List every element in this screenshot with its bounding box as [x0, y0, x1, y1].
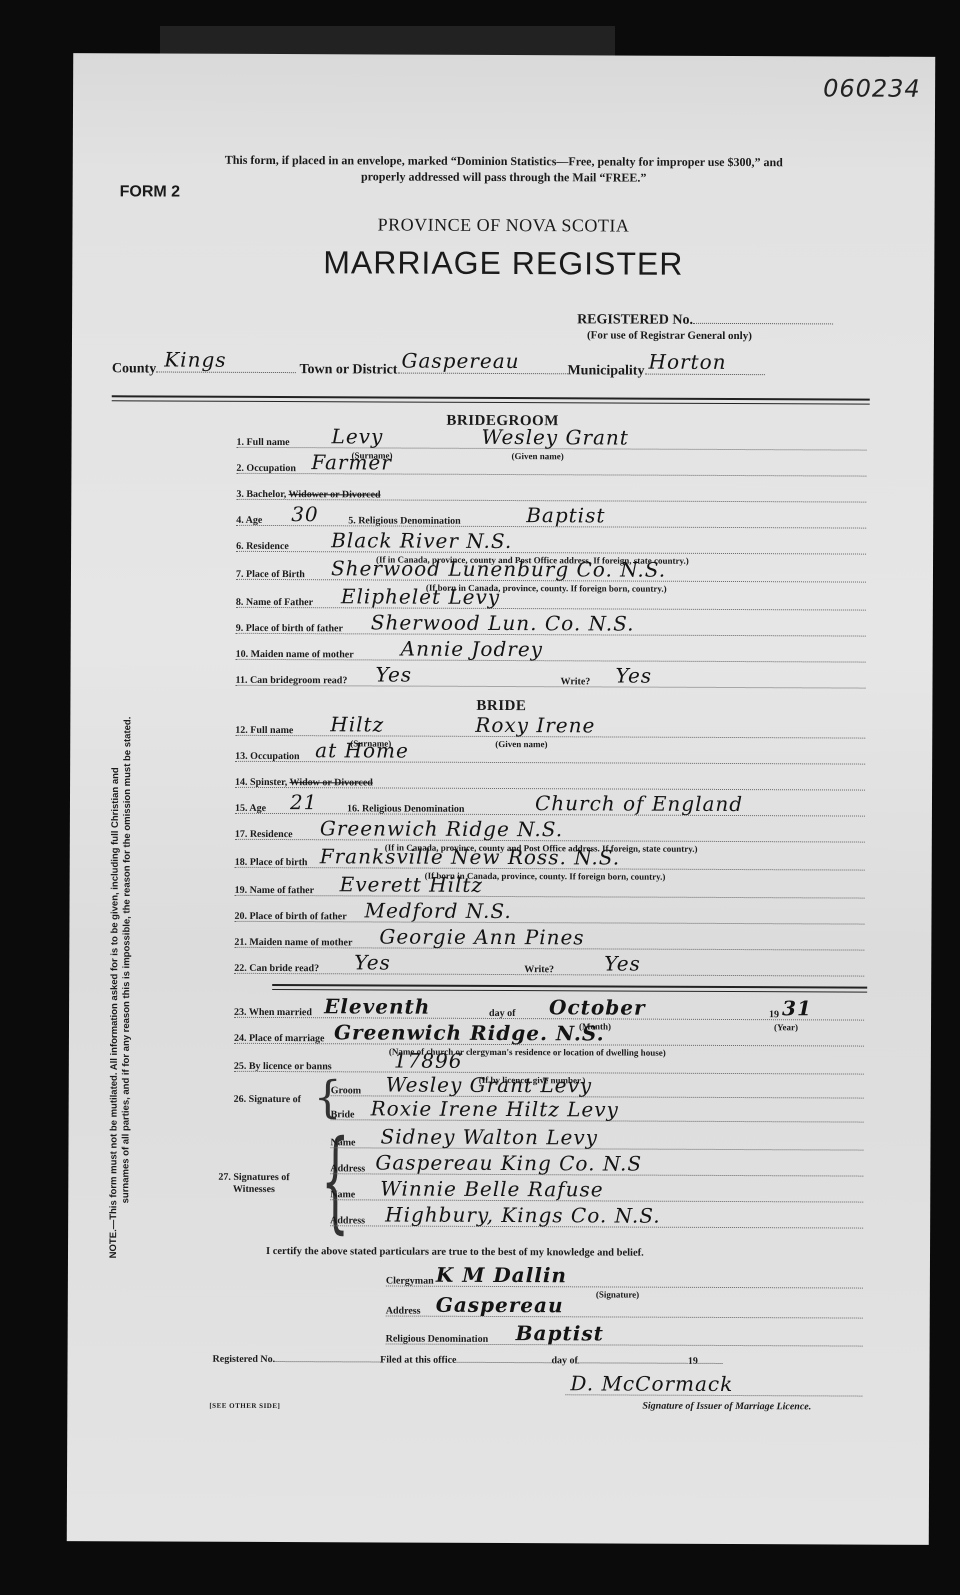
- groom-father-birthplace-field: 9. Place of birth of father Sherwood Lun…: [236, 612, 866, 639]
- field-label: Name: [330, 1137, 355, 1148]
- bride-residence: Greenwich Ridge N.S.: [320, 816, 563, 841]
- field-label: 1. Full name: [237, 437, 290, 448]
- certification-statement: I certify the above stated particulars a…: [266, 1246, 644, 1259]
- issuer-signature-field: D. McCormack: [565, 1373, 862, 1398]
- bride-signature: Roxie Irene Hiltz Levy: [371, 1096, 619, 1121]
- divider: [272, 984, 867, 993]
- witness-1-name-field: Name Sidney Walton Levy: [330, 1126, 863, 1152]
- bride-literacy-field: 22. Can bride read? Yes Write? Yes: [234, 952, 864, 979]
- field-label: Write?: [524, 964, 554, 975]
- page-title: MARRIAGE REGISTER: [72, 243, 934, 284]
- groom-age-religion-field: 4. Age 30 5. Religious Denomination Bapt…: [236, 504, 866, 531]
- clergyman-denomination-field: Religious Denomination Baptist: [386, 1323, 863, 1349]
- status-struck: Widow or Divorced: [290, 777, 373, 788]
- groom-can-read: Yes: [375, 662, 412, 686]
- clergyman-denomination: Baptist: [516, 1321, 604, 1345]
- bride-religion: Church of England: [535, 791, 743, 816]
- field-label: Address: [386, 1306, 421, 1317]
- bride-mother-field: 21. Maiden name of mother Georgie Ann Pi…: [234, 926, 864, 953]
- form-number: FORM 2: [120, 183, 181, 201]
- groom-occupation-field: 2. Occupation Farmer: [236, 452, 866, 479]
- registered-no-label: REGISTERED No.: [577, 312, 693, 328]
- county-field: Kings: [156, 353, 296, 373]
- groom-residence: Black River N.S.: [331, 528, 512, 553]
- issuer-caption: Signature of Issuer of Marriage Licence.: [642, 1401, 811, 1413]
- bride-birthplace: Franksville New Ross. N.S.: [320, 844, 620, 869]
- field-label: 14. Spinster, Widow or Divorced: [235, 777, 373, 789]
- marriage-register-form: 060234 This form, if placed in an envelo…: [67, 53, 935, 1545]
- field-label: Address: [330, 1215, 365, 1226]
- registered-no-note: (For use of Registrar General only): [587, 329, 752, 342]
- groom-status-field: 3. Bachelor, Widower or Divorced: [236, 478, 866, 505]
- field-label: 19. Name of father: [235, 885, 314, 896]
- registered-no-field: REGISTERED No.: [577, 312, 833, 329]
- location-row: CountyKings Town or DistrictGaspereauMun…: [112, 353, 872, 380]
- groom-mother-name: Annie Jodrey: [401, 637, 543, 662]
- filing-row: Registered No.Filed at this officeday of…: [213, 1354, 863, 1368]
- postal-notice-line-2: properly addressed will pass through the…: [73, 167, 935, 187]
- status-struck: Widower or Divorced: [289, 489, 381, 500]
- field-label: 16. Religious Denomination: [347, 803, 465, 815]
- witness-2-address: Highbury, Kings Co. N.S.: [385, 1202, 661, 1227]
- bride-surname: Hiltz: [330, 712, 384, 736]
- field-label: Write?: [560, 676, 590, 687]
- town-value: Gaspereau: [401, 349, 519, 374]
- marriage-place-field: 24. Place of marriage Greenwich Ridge. N…: [234, 1022, 864, 1049]
- groom-full-name-field: 1. Full name Levy Wesley Grant (Surname)…: [237, 426, 867, 453]
- field-label: 7. Place of Birth: [236, 569, 305, 580]
- marriage-date-field: 23. When married Eleventh day of October…: [234, 996, 864, 1023]
- year-prefix: 19: [769, 1009, 779, 1020]
- witnesses-label: 27. Signatures of Witnesses: [218, 1172, 289, 1196]
- bride-age-religion-field: 15. Age 21 16. Religious Denomination Ch…: [235, 792, 865, 819]
- bride-occupation: at Home: [315, 738, 409, 762]
- registered-no-line: [693, 323, 833, 325]
- licence-number: 17896: [394, 1049, 463, 1073]
- bride-father-birthplace: Medford N.S.: [364, 898, 511, 923]
- field-label: 8. Name of Father: [236, 597, 313, 608]
- clergyman-field: Clergyman K M Dallin (Signature): [386, 1265, 863, 1291]
- bride-can-write: Yes: [604, 951, 641, 975]
- field-label: 3. Bachelor, Widower or Divorced: [236, 489, 380, 501]
- witness-1-address: Gaspereau King Co. N.S: [375, 1150, 642, 1175]
- field-label: 11. Can bridegroom read?: [235, 675, 347, 686]
- groom-given-name: Wesley Grant: [482, 425, 629, 450]
- clergyman-address-field: Address Gaspereau: [386, 1295, 863, 1321]
- bride-age: 21: [290, 790, 318, 814]
- bride-residence-field: 17. Residence Greenwich Ridge N.S. (If i…: [235, 818, 865, 845]
- side-note-line-2: surnames of all parties, and if for any …: [120, 618, 135, 1258]
- field-label: Address: [330, 1163, 365, 1174]
- groom-religion: Baptist: [526, 503, 605, 527]
- witness-2-address-field: Address Highbury, Kings Co. N.S.: [330, 1204, 863, 1230]
- field-label: 25. By licence or banns: [234, 1061, 332, 1072]
- field-label: 2. Occupation: [236, 463, 296, 474]
- marriage-place: Greenwich Ridge. N.S.: [334, 1020, 605, 1045]
- field-label: 9. Place of birth of father: [236, 623, 343, 634]
- side-note: NOTE.—This form must not be mutilated. A…: [108, 618, 135, 1258]
- municipality-label: Municipality: [567, 363, 644, 378]
- field-label: 6. Residence: [236, 541, 289, 552]
- field-label: Groom: [331, 1085, 361, 1096]
- witness-2-name: Winnie Belle Rafuse: [380, 1176, 603, 1201]
- groom-surname: Levy: [332, 424, 384, 448]
- groom-father-field: 8. Name of Father Eliphelet Levy: [236, 586, 866, 613]
- town-label: Town or District: [299, 362, 397, 377]
- groom-father-birthplace: Sherwood Lun. Co. N.S.: [371, 610, 635, 635]
- field-label: 24. Place of marriage: [234, 1033, 325, 1044]
- groom-signature: Wesley Grant Levy: [386, 1073, 592, 1098]
- groom-occupation: Farmer: [311, 450, 391, 474]
- county-label: County: [112, 361, 156, 376]
- see-other-side-note: [SEE OTHER SIDE]: [209, 1402, 280, 1410]
- filing-registered-label: Registered No.: [213, 1354, 276, 1365]
- witness-2-name-field: Name Winnie Belle Rafuse: [330, 1178, 863, 1204]
- issuer-signature: D. McCormack: [570, 1371, 733, 1396]
- filing-day-line: [578, 1362, 688, 1363]
- field-label: 5. Religious Denomination: [348, 515, 461, 526]
- bride-status-field: 14. Spinster, Widow or Divorced: [235, 766, 865, 793]
- witness-1-address-field: Address Gaspereau King Co. N.S: [330, 1152, 863, 1178]
- field-label: Name: [330, 1189, 355, 1200]
- status-kept: 14. Spinster,: [235, 777, 290, 788]
- field-label: 17. Residence: [235, 829, 293, 840]
- groom-can-write: Yes: [615, 663, 652, 687]
- marriage-month: October: [549, 995, 646, 1019]
- bride-father-field: 19. Name of father Everett Hiltz: [235, 874, 865, 901]
- field-label: day of: [489, 1008, 515, 1019]
- witness-1-name: Sidney Walton Levy: [380, 1124, 598, 1149]
- field-label: 23. When married: [234, 1007, 312, 1018]
- field-label: 4. Age: [236, 515, 262, 526]
- groom-literacy-field: 11. Can bridegroom read? Yes Write? Yes: [235, 664, 865, 691]
- filing-filed-label: Filed at this office: [380, 1354, 456, 1365]
- bride-birthplace-field: 18. Place of birth Franksville New Ross.…: [235, 846, 865, 873]
- signature-of-label: 26. Signature of: [234, 1094, 301, 1105]
- bride-father-birthplace-field: 20. Place of birth of father Medford N.S…: [234, 900, 864, 927]
- field-label: 22. Can bride read?: [234, 963, 319, 974]
- filing-filed-line: [456, 1362, 551, 1363]
- field-label: 18. Place of birth: [235, 857, 308, 868]
- field-label: Religious Denomination: [386, 1334, 489, 1345]
- marriage-year: 31: [782, 996, 812, 1020]
- field-label: 13. Occupation: [235, 751, 300, 762]
- postal-notice: This form, if placed in an envelope, mar…: [73, 151, 935, 187]
- bride-occupation-field: 13. Occupation at Home: [235, 740, 865, 767]
- groom-father-name: Eliphelet Levy: [341, 584, 500, 609]
- bride-father-name: Everett Hiltz: [340, 872, 483, 897]
- groom-age: 30: [291, 502, 319, 526]
- witnesses-label-line-1: 27. Signatures of: [218, 1172, 289, 1184]
- bride-given-name: Roxy Irene: [475, 713, 595, 738]
- filing-year-prefix: 19: [688, 1356, 698, 1367]
- filing-registered-line: [275, 1361, 380, 1362]
- field-label: 12. Full name: [235, 725, 293, 736]
- municipality-value: Horton: [648, 350, 726, 374]
- filing-day-label: day of: [551, 1355, 577, 1366]
- filing-year-line: [698, 1363, 723, 1364]
- groom-mother-field: 10. Maiden name of mother Annie Jodrey: [236, 638, 866, 665]
- town-field: Gaspereau: [397, 355, 567, 375]
- field-label: 20. Place of birth of father: [234, 911, 346, 922]
- bride-full-name-field: 12. Full name Hiltz Roxy Irene (Surname)…: [235, 714, 865, 741]
- county-value: Kings: [164, 348, 226, 372]
- municipality-field: Horton: [644, 356, 764, 376]
- marriage-day: Eleventh: [324, 994, 430, 1018]
- groom-birthplace: Sherwood Lunenburg Co. N.S.: [331, 556, 666, 581]
- witnesses-label-line-2: Witnesses: [218, 1184, 289, 1196]
- groom-birthplace-field: 7. Place of Birth Sherwood Lunenburg Co.…: [236, 558, 866, 585]
- status-kept: 3. Bachelor,: [236, 489, 288, 500]
- clergyman-address: Gaspereau: [436, 1293, 564, 1318]
- bride-mother-name: Georgie Ann Pines: [379, 924, 584, 949]
- bride-signature-field: Bride Roxie Irene Hiltz Levy: [331, 1098, 864, 1124]
- divider: [112, 395, 870, 404]
- province-heading: PROVINCE OF NOVA SCOTIA: [72, 213, 934, 238]
- field-label: 21. Maiden name of mother: [234, 937, 352, 949]
- field-label: 10. Maiden name of mother: [236, 649, 354, 661]
- field-label: 15. Age: [235, 803, 266, 814]
- groom-residence-field: 6. Residence Black River N.S. (If in Can…: [236, 530, 866, 557]
- bride-can-read: Yes: [354, 950, 391, 974]
- clergyman-signature: K M Dallin: [436, 1263, 567, 1288]
- field-label: Clergyman: [386, 1276, 434, 1287]
- document-number: 060234: [823, 74, 921, 102]
